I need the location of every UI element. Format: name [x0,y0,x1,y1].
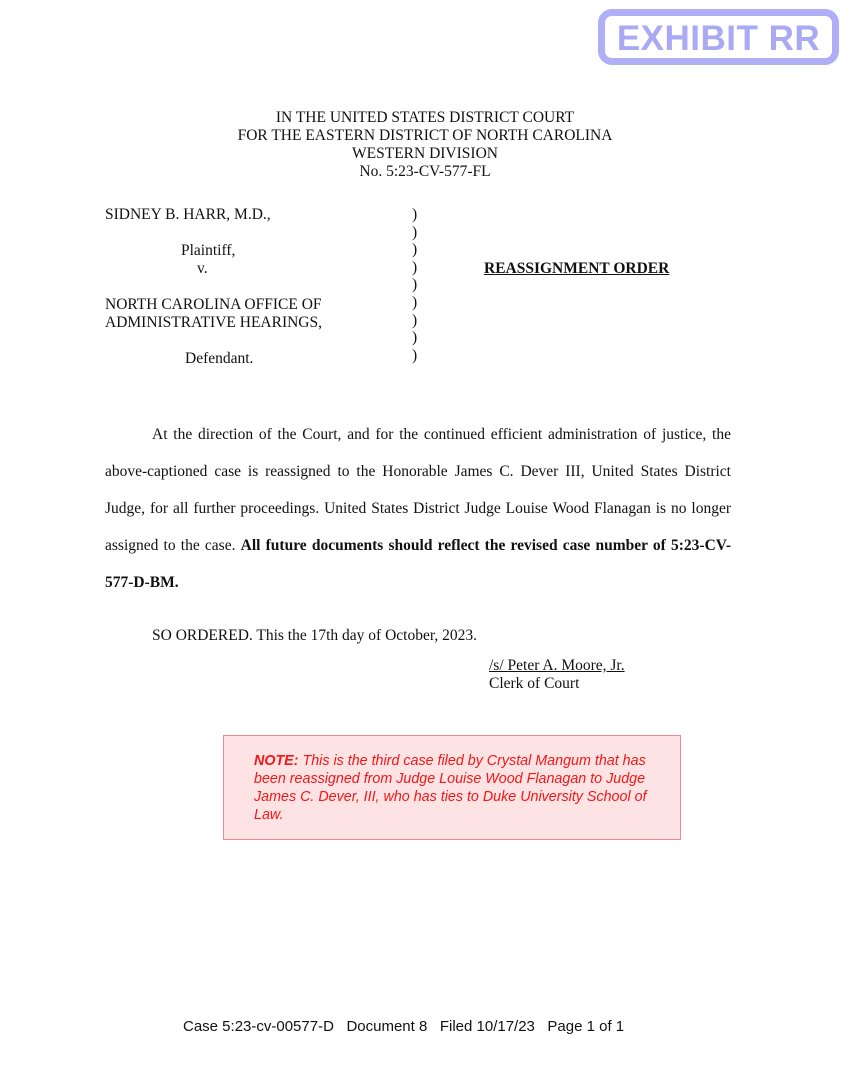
body-text: At the direction of the Court, and for t… [105,426,731,554]
defendant-name-line2: ADMINISTRATIVE HEARINGS, [105,314,322,332]
exhibit-stamp: EXHIBIT RR [598,9,839,65]
caption-parentheses: ) ) ) ) ) ) ) ) ) [412,206,417,364]
signature-title: Clerk of Court [489,675,625,693]
signature-name: /s/ Peter A. Moore, Jr. [489,657,625,675]
footer-page: Page 1 of 1 [547,1018,624,1035]
footer-document: Document 8 [346,1018,427,1035]
filing-footer: Case 5:23-cv-00577-D Document 8 Filed 10… [183,1018,624,1035]
court-name-line: IN THE UNITED STATES DISTRICT COURT [0,109,850,127]
defendant-name-line1: NORTH CAROLINA OFFICE OF [105,296,322,314]
versus: v. [105,260,322,278]
note-box: NOTE: This is the third case filed by Cr… [223,735,681,840]
court-division-line: WESTERN DIVISION [0,145,850,163]
order-body: At the direction of the Court, and for t… [105,416,731,601]
note-label: NOTE: [254,753,298,769]
so-ordered-line: SO ORDERED. This the 17th day of October… [152,627,477,645]
plaintiff-role: Plaintiff, [105,242,322,260]
footer-case: Case 5:23-cv-00577-D [183,1018,334,1035]
note-text: This is the third case filed by Crystal … [254,753,647,823]
case-caption: SIDNEY B. HARR, M.D., Plaintiff, v. NORT… [105,206,322,368]
footer-filed: Filed 10/17/23 [440,1018,535,1035]
court-district-line: FOR THE EASTERN DISTRICT OF NORTH CAROLI… [0,127,850,145]
plaintiff-name: SIDNEY B. HARR, M.D., [105,206,322,224]
order-title: REASSIGNMENT ORDER [484,260,669,278]
exhibit-label: EXHIBIT RR [617,21,820,56]
defendant-role: Defendant. [105,350,322,368]
court-header: IN THE UNITED STATES DISTRICT COURT FOR … [0,109,850,181]
signature-block: /s/ Peter A. Moore, Jr. Clerk of Court [489,657,625,693]
case-number: No. 5:23-CV-577-FL [0,163,850,181]
